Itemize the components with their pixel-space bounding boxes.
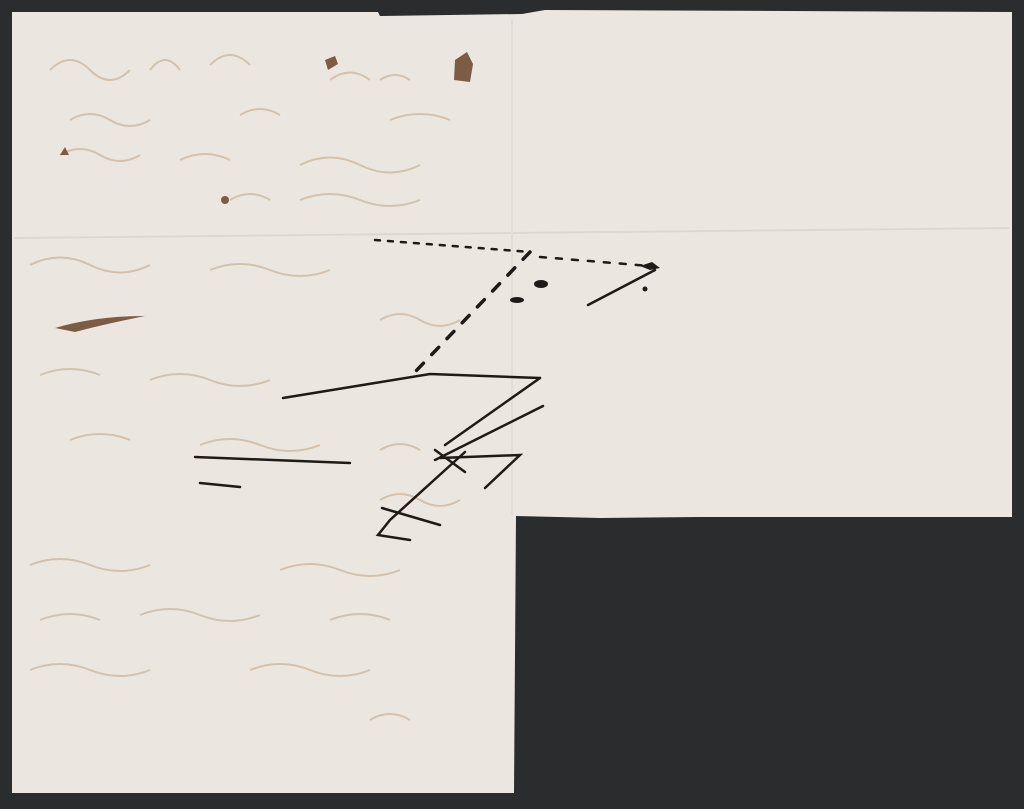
document-scan <box>0 0 1024 809</box>
